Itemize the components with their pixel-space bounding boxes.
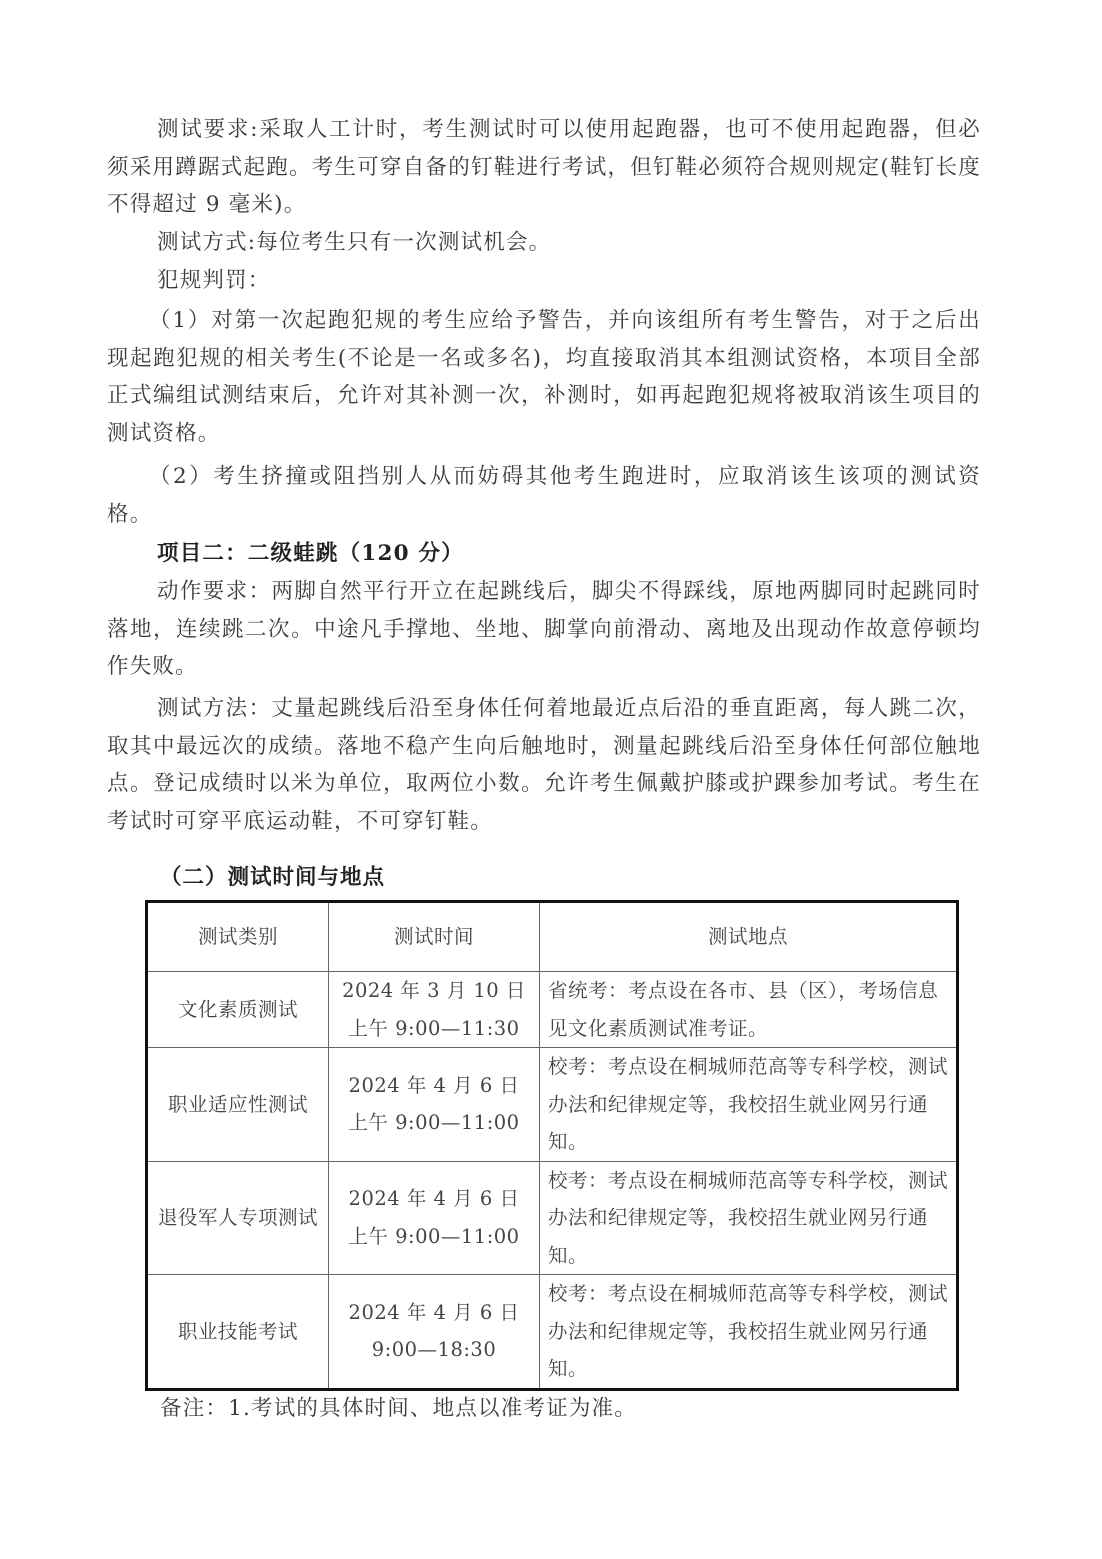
header-category: 测试类别 [147, 902, 329, 972]
row-time: 上午 9:00—11:00 [337, 1218, 531, 1256]
test-procedure-paragraph: 测试方法：丈量起跳线后沿至身体任何着地最近点后沿的垂直距离，每人跳二次，取其中最… [107, 690, 981, 840]
table-header-row: 测试类别 测试时间 测试地点 [147, 902, 958, 972]
row-datetime: 2024 年 3 月 10 日 上午 9:00—11:30 [329, 972, 540, 1048]
row-date: 2024 年 4 月 6 日 [337, 1294, 531, 1332]
row-time: 上午 9:00—11:00 [337, 1104, 531, 1142]
table-row: 职业技能考试 2024 年 4 月 6 日 9:00—18:30 校考：考点设在… [147, 1275, 958, 1390]
item-2-title: 项目二：二级蛙跳（120 分） [107, 535, 981, 573]
row-location: 校考：考点设在桐城师范高等专科学校，测试办法和纪律规定等，我校招生就业网另行通知… [540, 1161, 958, 1275]
test-requirements-paragraph: 测试要求:采取人工计时，考生测试时可以使用起跑器，也可不使用起跑器，但必须采用蹲… [107, 111, 981, 224]
row-datetime: 2024 年 4 月 6 日 上午 9:00—11:00 [329, 1161, 540, 1275]
foul-rule-1: （1）对第一次起跑犯规的考生应给予警告，并向该组所有考生警告，对于之后出现起跑犯… [107, 302, 981, 452]
row-location: 省统考：考点设在各市、县（区），考场信息见文化素质测试准考证。 [540, 972, 958, 1048]
row-time: 上午 9:00—11:30 [337, 1010, 531, 1048]
foul-title: 犯规判罚： [107, 262, 981, 300]
header-location: 测试地点 [540, 902, 958, 972]
action-requirements-paragraph: 动作要求：两脚自然平行开立在起跳线后，脚尖不得踩线，原地两脚同时起跳同时落地，连… [107, 573, 981, 686]
row-date: 2024 年 4 月 6 日 [337, 1067, 531, 1105]
remark-note: 备注：1.考试的具体时间、地点以准考证为准。 [160, 1390, 637, 1428]
row-date: 2024 年 4 月 6 日 [337, 1180, 531, 1218]
row-date: 2024 年 3 月 10 日 [337, 972, 531, 1010]
row-datetime: 2024 年 4 月 6 日 9:00—18:30 [329, 1275, 540, 1390]
row-category: 退役军人专项测试 [147, 1161, 329, 1275]
row-category: 文化素质测试 [147, 972, 329, 1048]
section-title-time-location: （二）测试时间与地点 [160, 860, 385, 891]
table-row: 职业适应性测试 2024 年 4 月 6 日 上午 9:00—11:00 校考：… [147, 1048, 958, 1162]
row-location: 校考：考点设在桐城师范高等专科学校，测试办法和纪律规定等，我校招生就业网另行通知… [540, 1048, 958, 1162]
foul-rule-2: （2）考生挤撞或阻挡别人从而妨碍其他考生跑进时，应取消该生该项的测试资格。 [107, 458, 981, 533]
schedule-table: 测试类别 测试时间 测试地点 文化素质测试 2024 年 3 月 10 日 上午… [145, 900, 959, 1391]
row-location: 校考：考点设在桐城师范高等专科学校，测试办法和纪律规定等，我校招生就业网另行通知… [540, 1275, 958, 1390]
document-page: 测试要求:采取人工计时，考生测试时可以使用起跑器，也可不使用起跑器，但必须采用蹲… [0, 0, 1102, 1559]
row-category: 职业适应性测试 [147, 1048, 329, 1162]
test-method-paragraph: 测试方式:每位考生只有一次测试机会。 [107, 224, 981, 262]
header-time: 测试时间 [329, 902, 540, 972]
row-time: 9:00—18:30 [337, 1331, 531, 1369]
row-category: 职业技能考试 [147, 1275, 329, 1390]
table-row: 文化素质测试 2024 年 3 月 10 日 上午 9:00—11:30 省统考… [147, 972, 958, 1048]
row-datetime: 2024 年 4 月 6 日 上午 9:00—11:00 [329, 1048, 540, 1162]
table-row: 退役军人专项测试 2024 年 4 月 6 日 上午 9:00—11:00 校考… [147, 1161, 958, 1275]
